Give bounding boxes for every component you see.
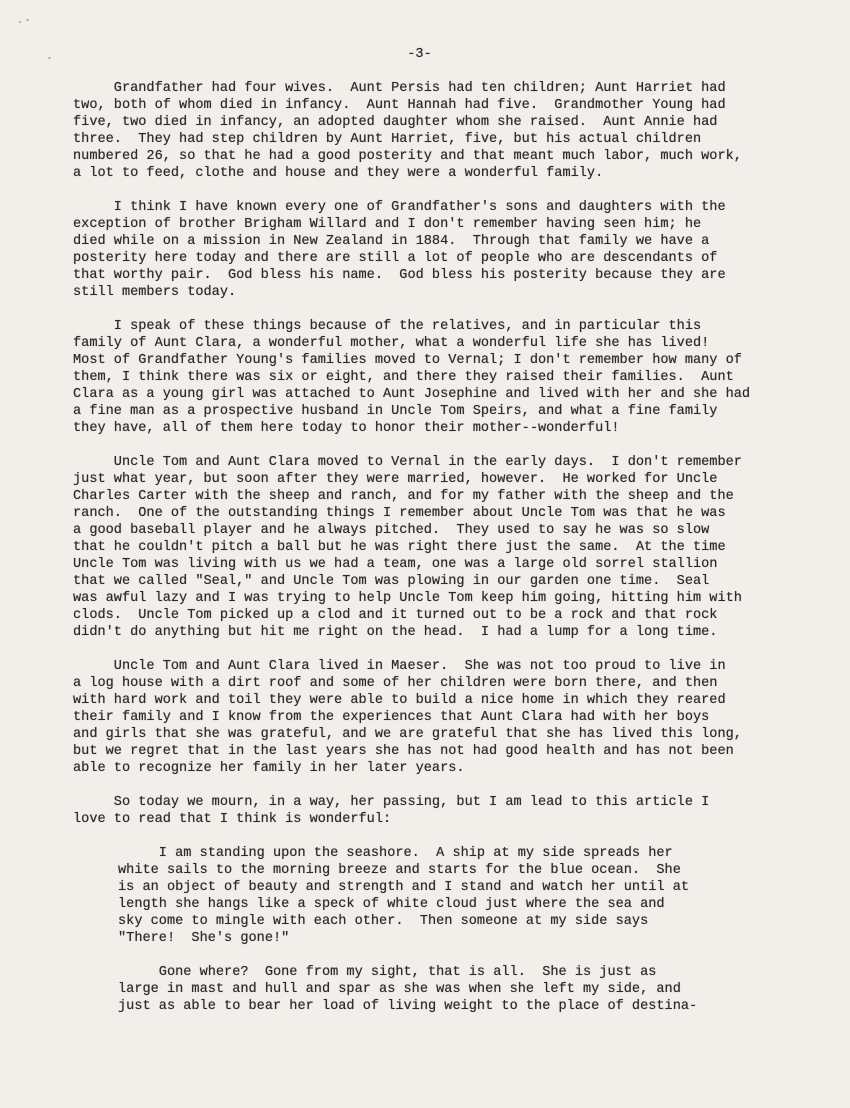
paragraph-uncle-tom-vernal: Uncle Tom and Aunt Clara moved to Vernal… — [73, 454, 810, 641]
quote-gone-where: Gone where? Gone from my sight, that is … — [118, 964, 810, 1015]
paragraph-sons-daughters: I think I have known every one of Grandf… — [73, 199, 810, 301]
paragraph-maeser-home: Uncle Tom and Aunt Clara lived in Maeser… — [73, 658, 810, 777]
page-number: -3- — [73, 46, 766, 63]
scan-speck — [48, 57, 51, 59]
scan-speck — [26, 19, 29, 21]
paragraph-aunt-clara-family: I speak of these things because of the r… — [73, 318, 810, 437]
paragraph-mourning-intro: So today we mourn, in a way, her passing… — [73, 794, 810, 828]
scanned-document-page: -3- Grandfather had four wives. Aunt Per… — [0, 0, 850, 1108]
paragraph-grandfather-wives: Grandfather had four wives. Aunt Persis … — [73, 80, 810, 182]
page-body: -3- Grandfather had four wives. Aunt Per… — [0, 0, 850, 1015]
scan-speck — [19, 21, 21, 23]
quote-ship-seashore: I am standing upon the seashore. A ship … — [118, 845, 810, 947]
